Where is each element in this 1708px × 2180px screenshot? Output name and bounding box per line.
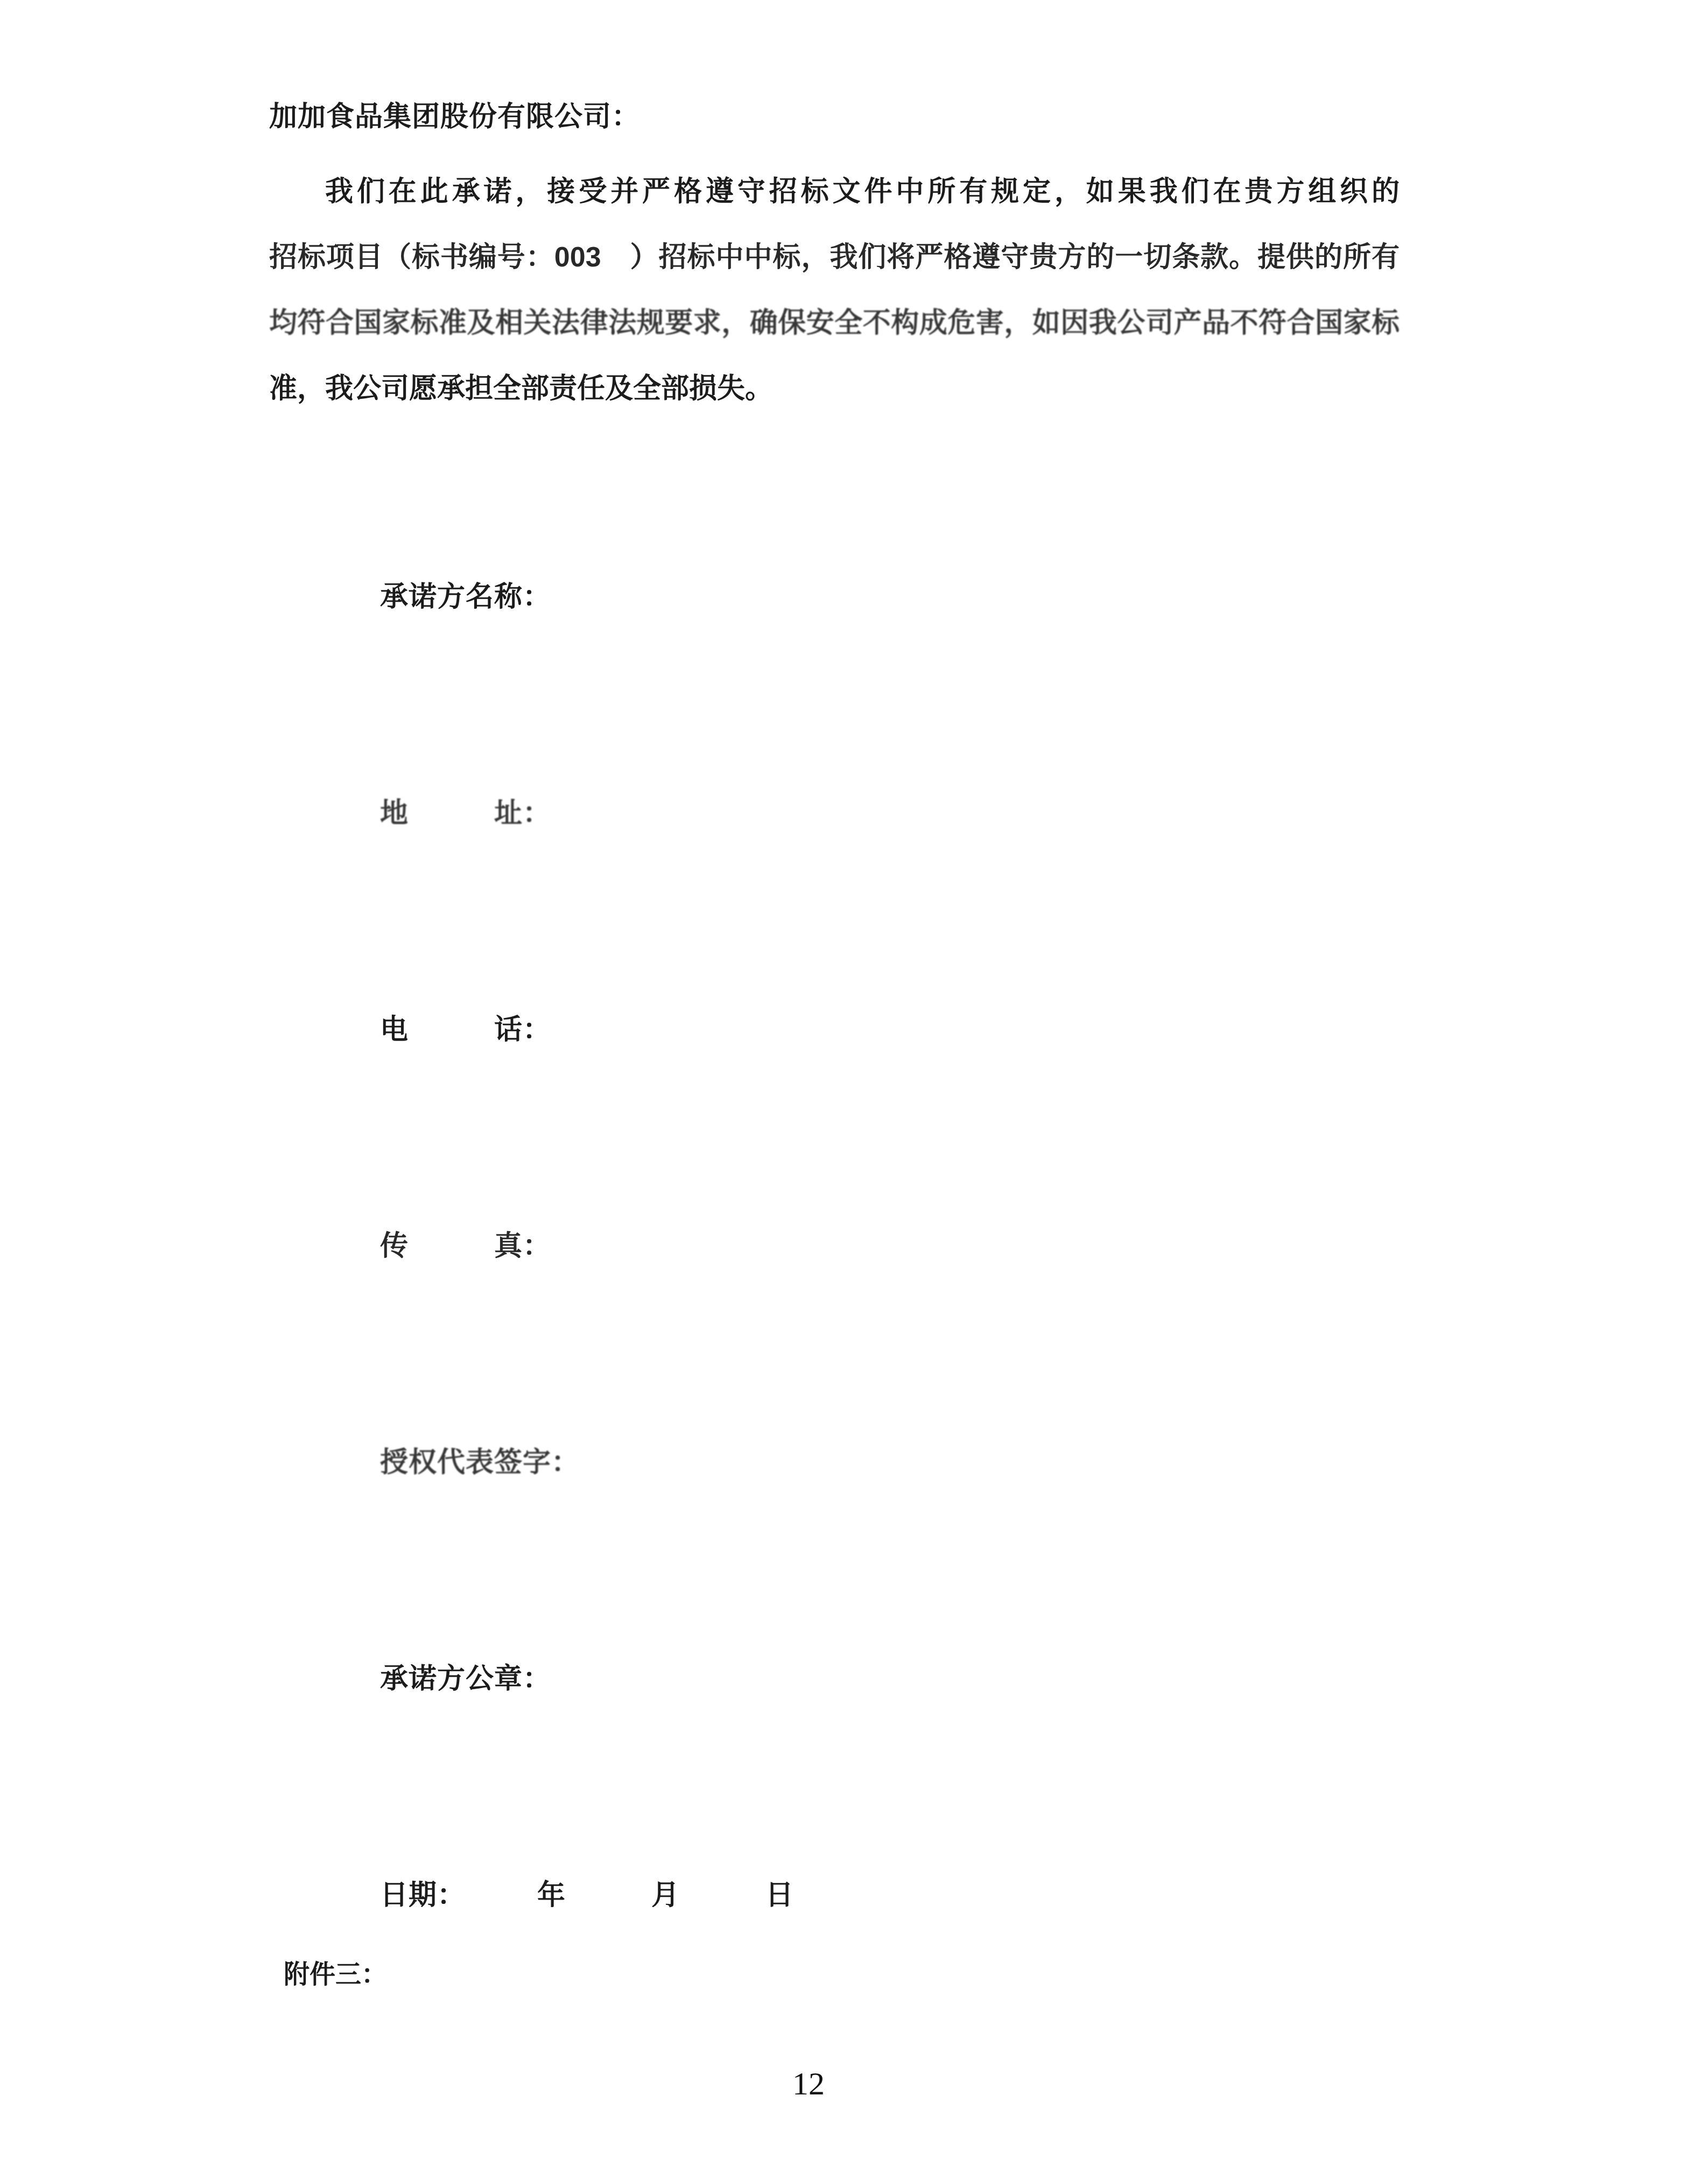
paragraph-line-2: 招标项目（标书编号：003 ）招标中中标，我们将严格遵守贵方的一切条款。提供的所… [269,224,1400,290]
field-address: 地 址： [380,777,794,849]
field-promisor-name: 承诺方名称： [380,561,794,633]
field-phone: 电 话： [380,994,794,1066]
paragraph-line-3: 均符合国家标准及相关法律法规要求，确保安全不构成危害，如因我公司产品不符合国家标 [269,290,1400,356]
page-number: 12 [792,2066,825,2101]
scanned-document-page: 加加食品集团股份有限公司： 我们在此承诺，接受并严格遵守招标文件中所有规定，如果… [0,0,1708,2180]
field-authorized-representative-signature: 授权代表签字： [380,1426,794,1499]
field-fax: 传 真： [380,1210,794,1282]
addressee-line: 加加食品集团股份有限公司： [269,100,640,133]
paragraph-line-4: 准，我公司愿承担全部责任及全部损失。 [269,356,1400,421]
signature-block: 承诺方名称： 地 址： 电 话： 传 真： 授权代表签字： 承诺方公章： 日期：… [380,417,794,2076]
field-date: 日期： 年 月 日 [380,1859,794,1931]
paragraph-line-1: 我们在此承诺，接受并严格遵守招标文件中所有规定，如果我们在贵方组织的 [269,159,1400,224]
field-promisor-seal: 承诺方公章： [380,1643,794,1715]
attachment-label: 附件三： [284,1959,387,1991]
commitment-paragraph: 我们在此承诺，接受并严格遵守招标文件中所有规定，如果我们在贵方组织的 招标项目（… [269,159,1400,421]
